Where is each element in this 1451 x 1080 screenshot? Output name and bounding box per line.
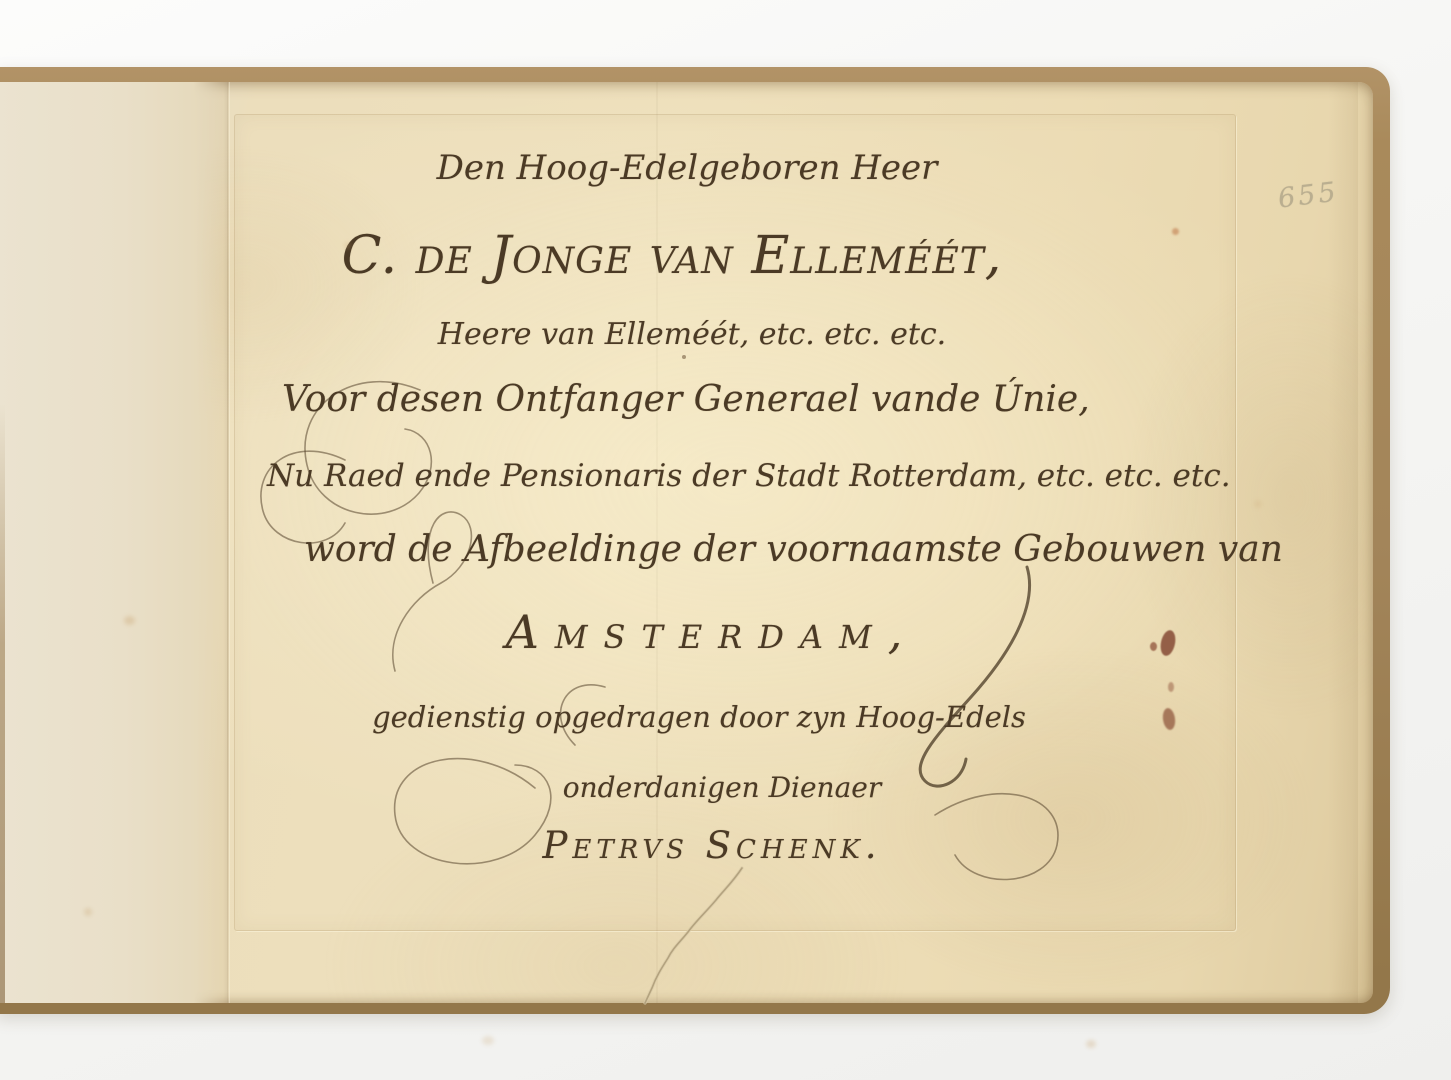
dedication-line-8: gedienstig opgedragen door zyn Hoog-Edel… [349,703,1049,732]
dedication-line-3: Heere van Elleméét, etc. etc. etc. [392,320,992,350]
dedication-line-10-signature: Petrvs Schenk. [412,827,1012,864]
cover-left-edge [0,404,5,1003]
dedication-line-2: C. de Jonge van Elleméét, [272,230,1072,282]
dedication-line-6: word de Afbeeldinge der voornaamste Gebo… [304,532,1104,568]
album-page: Den Hoog-Edelgeboren Heer C. de Jonge va… [0,82,1373,1003]
foxing-spot [1086,1040,1096,1048]
fore-edge-shading [1328,82,1358,1003]
foxing-spot [482,1036,494,1045]
dedication-line-9: onderdanigen Dienaer [422,774,1022,802]
engraved-plate-mark: Den Hoog-Edelgeboren Heer C. de Jonge va… [234,114,1236,931]
pencil-corner-number: 655 [1276,176,1340,214]
dedication-line-5: Nu Raed ende Pensionaris der Stadt Rotte… [267,461,1167,492]
foxing-spot [1254,500,1262,508]
gutter-leaf [0,82,228,1003]
dedication-line-1: Den Hoog-Edelgeboren Heer [337,151,1037,185]
ink-speck [682,355,686,359]
photo-background: Den Hoog-Edelgeboren Heer C. de Jonge va… [0,0,1451,1080]
dedication-line-4: Voor desen Ontfanger Generael vande Únie… [282,382,1082,418]
dedication-line-7-amsterdam: Amsterdam, [362,609,1062,655]
